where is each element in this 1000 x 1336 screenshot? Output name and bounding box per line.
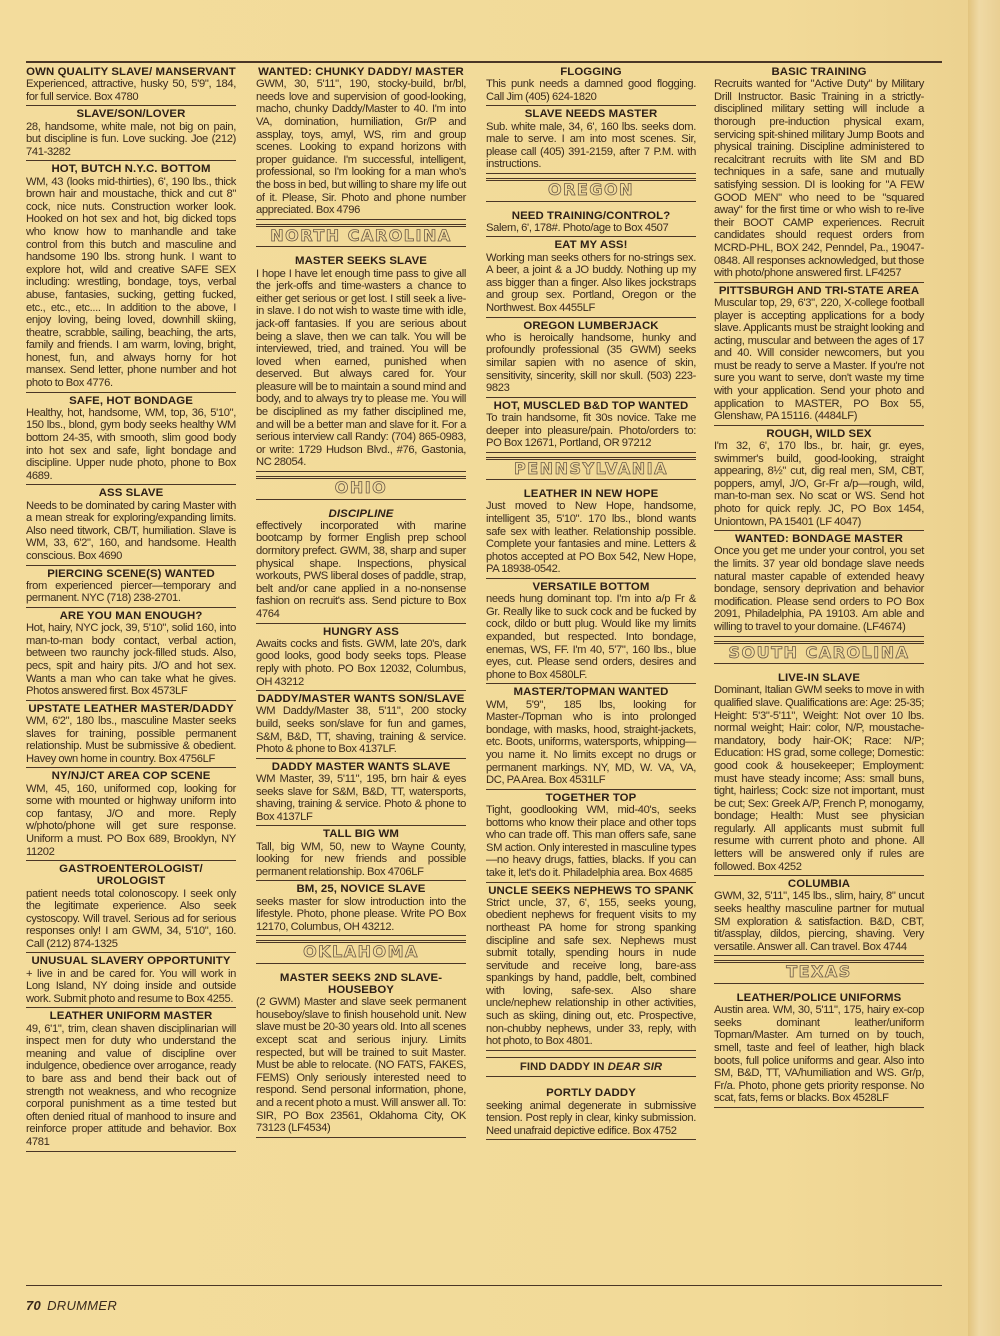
classified-ad: LEATHER IN NEW HOPEJust moved to New Hop… <box>486 480 696 579</box>
ad-headline: WANTED: CHUNKY DADDY/ MASTER <box>256 66 466 78</box>
classified-ad: BM, 25, NOVICE SLAVEseeks master for slo… <box>256 881 466 936</box>
classified-ad: ASS SLAVENeeds to be dominated by caring… <box>26 485 236 565</box>
ad-headline: MASTER SEEKS 2ND SLAVE-HOUSEBOY <box>256 972 466 996</box>
classified-ad: DADDY/MASTER WANTS SON/SLAVEWM Daddy/Mas… <box>256 691 466 759</box>
ad-body: seeking animal degenerate in submissive … <box>486 1100 696 1138</box>
classified-ad: PITTSBURGH AND TRI-STATE AREAMuscular to… <box>714 283 924 426</box>
ad-body: 28, handsome, white male, not big on pai… <box>26 121 236 159</box>
ad-body: Just moved to New Hope, handsome, intell… <box>486 500 696 576</box>
classified-ad: HOT, BUTCH N.Y.C. BOTTOMWM, 43 (looks mi… <box>26 161 236 392</box>
ad-body: Healthy, hot, handsome, WM, top, 36, 5'1… <box>26 407 236 483</box>
classified-ad: HOT, MUSCLED B&D TOP WANTEDTo train hand… <box>486 398 696 453</box>
region-title: TEXAS <box>786 962 852 981</box>
classified-ad: MASTER SEEKS SLAVEI hope I have let enou… <box>256 247 466 472</box>
ad-headline: PORTLY DADDY <box>486 1087 696 1099</box>
ad-body: WM, 5'9", 185 lbs, looking for Master-/T… <box>486 699 696 787</box>
classified-ad: MASTER SEEKS 2ND SLAVE-HOUSEBOY(2 GWM) M… <box>256 964 466 1138</box>
bottom-rule <box>26 1285 942 1286</box>
top-rule <box>26 61 942 63</box>
ad-headline: EAT MY ASS! <box>486 239 696 251</box>
ad-body: patient needs total colonoscopy. I seek … <box>26 888 236 951</box>
classified-ad: UPSTATE LEATHER MASTER/DADDYWM, 6'2", 18… <box>26 701 236 769</box>
classified-ad: UNUSUAL SLAVERY OPPORTUNITY+ live in and… <box>26 953 236 1008</box>
page-gutter-edge <box>968 0 1000 1336</box>
ad-body: Sub. white male, 34, 6', 160 lbs. seeks … <box>486 121 696 171</box>
classified-ad: SAFE, HOT BONDAGEHealthy, hot, handsome,… <box>26 393 236 486</box>
column-2: WANTED: CHUNKY DADDY/ MASTERGWM, 30, 5'1… <box>256 64 466 1138</box>
region-title: OKLAHOMA <box>303 942 419 961</box>
classified-ad: LEATHER/POLICE UNIFORMSAustin area. WM, … <box>714 984 924 1108</box>
ad-body: To train handsome, fit 30s novice. Take … <box>486 412 696 450</box>
ad-headline: UPSTATE LEATHER MASTER/DADDY <box>26 703 236 715</box>
ad-headline: DADDY MASTER WANTS SLAVE <box>256 761 466 773</box>
ad-headline: OREGON LUMBERJACK <box>486 320 696 332</box>
classified-ad: FLOGGINGThis punk needs a damned good fl… <box>486 64 696 106</box>
classified-ad: OREGON LUMBERJACKwho is heroically hands… <box>486 318 696 398</box>
ad-headline: UNCLE SEEKS NEPHEWS TO SPANK <box>486 885 696 897</box>
region-header-texas: TEXAS <box>714 960 924 984</box>
ad-body: Once you get me under your control, you … <box>714 545 924 633</box>
ad-headline: SLAVE NEEDS MASTER <box>486 108 696 120</box>
ad-body: Hot, hairy, NYC jock, 39, 5'10", solid 1… <box>26 622 236 698</box>
ad-body: Working man seeks others for no-strings … <box>486 252 696 315</box>
ad-headline: PITTSBURGH AND TRI-STATE AREA <box>714 285 924 297</box>
notice-emphasis: DEAR SIR <box>608 1061 662 1073</box>
magazine-page: OWN QUALITY SLAVE/ MANSERVANTExperienced… <box>0 0 968 1336</box>
column-3: FLOGGINGThis punk needs a damned good fl… <box>486 64 696 1140</box>
classified-ad: HUNGRY ASSAwaits cocks and fists. GWM, l… <box>256 624 466 692</box>
region-header-north-carolina: NORTH CAROLINA <box>256 224 466 248</box>
ad-headline: FLOGGING <box>486 66 696 78</box>
ad-headline: HOT, MUSCLED B&D TOP WANTED <box>486 400 696 412</box>
ad-headline: SLAVE/SON/LOVER <box>26 108 236 120</box>
classified-ad: COLUMBIAGWM, 32, 5'11", 145 lbs., slim, … <box>714 876 924 956</box>
ad-headline: COLUMBIA <box>714 878 924 890</box>
ad-headline: DISCIPLINE <box>256 508 466 520</box>
ad-body: WM, 43 (looks mid-thirties), 6', 190 lbs… <box>26 176 236 390</box>
classified-ad: NEED TRAINING/CONTROL?Salem, 6', 178#. P… <box>486 202 696 238</box>
classified-ad: BASIC TRAININGRecruits wanted for "Activ… <box>714 64 924 283</box>
ad-headline: LIVE-IN SLAVE <box>714 672 924 684</box>
ad-headline: SAFE, HOT BONDAGE <box>26 395 236 407</box>
ad-headline: GASTROENTEROLOGIST/ UROLOGIST <box>26 863 236 887</box>
ad-body: + live in and be cared for. You will wor… <box>26 968 236 1006</box>
classified-ad: MASTER/TOPMAN WANTEDWM, 5'9", 185 lbs, l… <box>486 684 696 789</box>
region-title: OHIO <box>335 478 388 497</box>
ad-body: Experienced, attractive, husky 50, 5'9",… <box>26 78 236 103</box>
classified-ad: SLAVE/SON/LOVER28, handsome, white male,… <box>26 106 236 161</box>
ad-body: This punk needs a damned good flogging. … <box>486 78 696 103</box>
classified-ad: EAT MY ASS!Working man seeks others for … <box>486 237 696 317</box>
ad-body: GWM, 30, 5'11", 190, stocky-build, br/bl… <box>256 78 466 217</box>
page-footer: 70DRUMMER <box>26 1298 117 1313</box>
classified-ad: TOGETHER TOPTight, goodlooking WM, mid-4… <box>486 790 696 883</box>
ad-body: Tight, goodlooking WM, mid-40's, seeks b… <box>486 804 696 880</box>
classified-ad: LEATHER UNIFORM MASTER49, 6'1", trim, cl… <box>26 1008 236 1151</box>
region-header-ohio: OHIO <box>256 476 466 500</box>
region-title: PENNSYLVANIA <box>514 459 668 478</box>
region-title: OREGON <box>548 180 634 199</box>
ad-headline: LEATHER UNIFORM MASTER <box>26 1010 236 1022</box>
ad-body: seeks master for slow introduction into … <box>256 896 466 934</box>
region-header-oklahoma: OKLAHOMA <box>256 940 466 964</box>
ad-body: Needs to be dominated by caring Master w… <box>26 500 236 563</box>
ad-headline: WANTED: BONDAGE MASTER <box>714 533 924 545</box>
ad-body: WM, 45, 160, uniformed cop, looking for … <box>26 783 236 859</box>
notice-text: FIND DADDY IN <box>520 1061 608 1073</box>
ad-body: Tall, big WM, 50, new to Wayne County, l… <box>256 841 466 879</box>
region-title: NORTH CAROLINA <box>270 226 451 245</box>
ad-body: GWM, 32, 5'11", 145 lbs., slim, hairy, 8… <box>714 890 924 953</box>
column-4: BASIC TRAININGRecruits wanted for "Activ… <box>714 64 924 1108</box>
classified-ad: SLAVE NEEDS MASTERSub. white male, 34, 6… <box>486 106 696 174</box>
ad-headline: OWN QUALITY SLAVE/ MANSERVANT <box>26 66 236 78</box>
notice-banner: FIND DADDY IN DEAR SIR <box>486 1057 696 1078</box>
classified-ad: ARE YOU MAN ENOUGH?Hot, hairy, NYC jock,… <box>26 608 236 701</box>
ad-body: Austin area. WM, 30, 5'11", 175, hairy e… <box>714 1004 924 1105</box>
ad-body: I hope I have let enough time pass to gi… <box>256 268 466 470</box>
classified-ad: GASTROENTEROLOGIST/ UROLOGISTpatient nee… <box>26 861 236 953</box>
classified-ad: PIERCING SCENE(S) WANTEDfrom experienced… <box>26 566 236 608</box>
ad-body: WM Master, 39, 5'11", 195, brn hair & ey… <box>256 773 466 823</box>
classified-ad: DISCIPLINEeffectively incorporated with … <box>256 500 466 624</box>
ad-headline: BASIC TRAINING <box>714 66 924 78</box>
ad-body: Recruits wanted for "Active Duty" by Mil… <box>714 78 924 280</box>
classified-ad: TALL BIG WMTall, big WM, 50, new to Wayn… <box>256 826 466 881</box>
ad-headline: VERSATILE BOTTOM <box>486 581 696 593</box>
ad-body: WM Daddy/Master 38, 5'11", 200 stocky bu… <box>256 705 466 755</box>
ad-body: from experienced piercer—temporary and p… <box>26 580 236 605</box>
region-header-south-carolina: SOUTH CAROLINA <box>714 641 924 665</box>
ad-headline: ASS SLAVE <box>26 487 236 499</box>
classified-ad: VERSATILE BOTTOMneeds hung dominant top.… <box>486 579 696 684</box>
ad-headline: DADDY/MASTER WANTS SON/SLAVE <box>256 693 466 705</box>
ad-headline: BM, 25, NOVICE SLAVE <box>256 883 466 895</box>
ad-body: Strict uncle, 37, 6', 155, seeks young, … <box>486 897 696 1048</box>
publication-name: DRUMMER <box>47 1298 117 1313</box>
classified-ad: DADDY MASTER WANTS SLAVEWM Master, 39, 5… <box>256 759 466 827</box>
ad-headline: NY/NJ/CT AREA COP SCENE <box>26 770 236 782</box>
ad-headline: HUNGRY ASS <box>256 626 466 638</box>
ad-headline: MASTER/TOPMAN WANTED <box>486 686 696 698</box>
ad-body: I'm 32, 6', 170 lbs., br. hair, gr. eyes… <box>714 440 924 528</box>
ad-headline: LEATHER/POLICE UNIFORMS <box>714 992 924 1004</box>
ad-body: Awaits cocks and fists. GWM, late 20's, … <box>256 638 466 688</box>
classified-ad: WANTED: BONDAGE MASTEROnce you get me un… <box>714 531 924 636</box>
ad-headline: HOT, BUTCH N.Y.C. BOTTOM <box>26 163 236 175</box>
ad-headline: PIERCING SCENE(S) WANTED <box>26 568 236 580</box>
ad-body: Dominant, Italian GWM seeks to move in w… <box>714 684 924 873</box>
ad-headline: MASTER SEEKS SLAVE <box>256 255 466 267</box>
classified-ad: PORTLY DADDYseeking animal degenerate in… <box>486 1085 696 1140</box>
classified-ad: UNCLE SEEKS NEPHEWS TO SPANKStrict uncle… <box>486 883 696 1051</box>
region-header-pennsylvania: PENNSYLVANIA <box>486 457 696 481</box>
ad-body: effectively incorporated with marine boo… <box>256 520 466 621</box>
classified-ad: ROUGH, WILD SEXI'm 32, 6', 170 lbs., br.… <box>714 426 924 531</box>
column-1: OWN QUALITY SLAVE/ MANSERVANTExperienced… <box>26 64 236 1152</box>
ad-body: 49, 6'1", trim, clean shaven disciplinar… <box>26 1023 236 1149</box>
region-title: SOUTH CAROLINA <box>729 643 910 662</box>
classified-ad: WANTED: CHUNKY DADDY/ MASTERGWM, 30, 5'1… <box>256 64 466 220</box>
ad-body: who is heroically handsome, hunky and pr… <box>486 332 696 395</box>
ad-headline: TALL BIG WM <box>256 828 466 840</box>
ad-headline: UNUSUAL SLAVERY OPPORTUNITY <box>26 955 236 967</box>
ad-headline: TOGETHER TOP <box>486 792 696 804</box>
page-number: 70 <box>26 1298 41 1313</box>
ad-body: Muscular top, 29, 6'3", 220, X-college f… <box>714 297 924 423</box>
classified-ad: LIVE-IN SLAVEDominant, Italian GWM seeks… <box>714 664 924 876</box>
ad-body: (2 GWM) Master and slave seek permanent … <box>256 996 466 1135</box>
ad-headline: ROUGH, WILD SEX <box>714 428 924 440</box>
ad-headline: LEATHER IN NEW HOPE <box>486 488 696 500</box>
classified-ad: OWN QUALITY SLAVE/ MANSERVANTExperienced… <box>26 64 236 106</box>
region-header-oregon: OREGON <box>486 178 696 202</box>
ad-body: needs hung dominant top. I'm into a/p Fr… <box>486 593 696 681</box>
ad-headline: ARE YOU MAN ENOUGH? <box>26 610 236 622</box>
ad-body: Salem, 6', 178#. Photo/age to Box 4507 <box>486 222 696 235</box>
ad-headline: NEED TRAINING/CONTROL? <box>486 210 696 222</box>
classified-ad: NY/NJ/CT AREA COP SCENEWM, 45, 160, unif… <box>26 768 236 861</box>
ad-body: WM, 6'2", 180 lbs., masculine Master see… <box>26 715 236 765</box>
